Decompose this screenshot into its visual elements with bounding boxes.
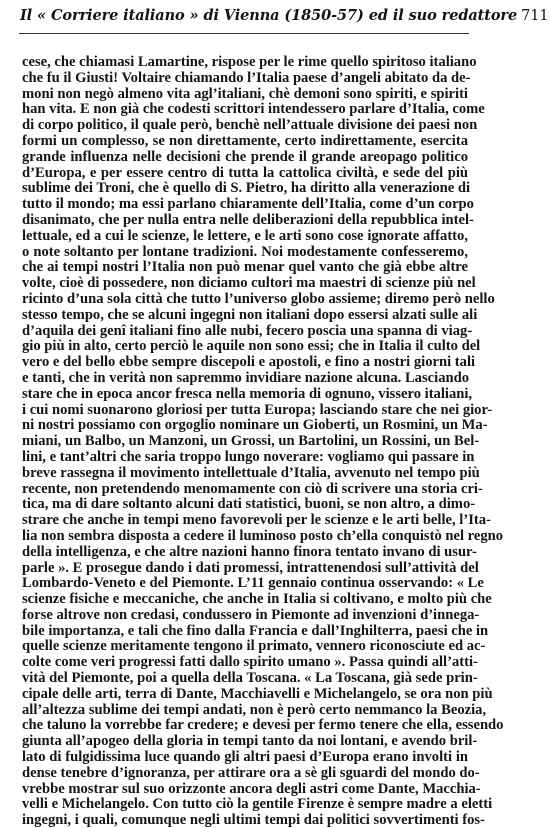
text-line: stare che in epoca ancor fresca nella me… — [22, 387, 468, 403]
text-line: bile importanza, e tali che fino dalla F… — [22, 624, 468, 640]
text-line: miani, un Balbo, un Manzoni, un Grossi, … — [22, 434, 468, 450]
text-line: grande influenza nelle decisioni che pre… — [22, 150, 468, 166]
text-line: scienze fisiche e meccaniche, che anche … — [22, 592, 468, 608]
text-line: d’aquila dei genî italiani fino alle nub… — [22, 324, 468, 340]
text-line: della intelligenza, e che altre nazioni … — [22, 545, 468, 561]
document-page: Il « Corriere italiano » di Vienna (1850… — [0, 0, 550, 828]
text-line: quelle scienze meritamente tengono il pr… — [22, 639, 468, 655]
text-line: gio più in alto, certo perciò le aquile … — [22, 339, 468, 355]
text-line: d’Europa, e per essere centro di tutta l… — [22, 166, 468, 182]
text-line: vero e del bello ebbe sempre discepoli e… — [22, 355, 468, 371]
header-rule — [19, 33, 469, 34]
text-line: ingegni, i quali, comunque negli ultimi … — [22, 813, 468, 828]
page-number: 711 — [521, 8, 548, 24]
text-line: lettuale, ed a cui le scienze, le letter… — [22, 229, 468, 245]
text-line: che taluno la vorrebbe far credere; e de… — [22, 718, 468, 734]
text-line: cipale delle arti, terra di Dante, Macch… — [22, 687, 468, 703]
text-line: vità del Piemonte, poi a quella della To… — [22, 671, 468, 687]
text-line: ricinto d’una sola città che tutto l’uni… — [22, 292, 468, 308]
text-line: disanimato, che per nulla entra nelle de… — [22, 213, 468, 229]
text-line: forse altrove non credasi, condussero in… — [22, 608, 468, 624]
body-text: cese, che chiamasi Lamartine, rispose pe… — [22, 55, 468, 828]
text-line: moni non negò almeno vita agl’italiani, … — [22, 87, 468, 103]
text-line: formi un complesso, se non direttamente,… — [22, 134, 468, 150]
text-line: all’altezza sublime dei tempi andati, no… — [22, 703, 468, 719]
text-line: volte, cioè di possedere, non diciamo cu… — [22, 276, 468, 292]
text-line: lini, e tant’altri che saria troppo lung… — [22, 450, 468, 466]
text-line: recente, non pretendendo menomamente con… — [22, 482, 468, 498]
text-line: vrebbe mostrar sul suo orizzonte ancora … — [22, 782, 468, 798]
text-line: stesso tempo, che se alcuni ingegni non … — [22, 308, 468, 324]
text-line: han vita. E non già che codesti scrittor… — [22, 102, 468, 118]
text-line: breve rassegna il movimento intellettual… — [22, 466, 468, 482]
text-line: parle ». E prosegue dando i dati promess… — [22, 561, 468, 577]
text-line: o note soltanto per lontane tradizioni. … — [22, 245, 468, 261]
running-title: Il « Corriere italiano » di Vienna (1850… — [20, 7, 517, 24]
text-line: Lombardo-Veneto e del Piemonte. L’11 gen… — [22, 576, 468, 592]
text-line: dense tenebre d’ignoranza, per attirare … — [22, 766, 468, 782]
text-line: ni nostri possiamo con orgoglio nominare… — [22, 418, 468, 434]
text-line: che fu il Giusti! Voltaire chiamando l’I… — [22, 71, 468, 87]
text-line: i cui nomi suonarono gloriosi per tutta … — [22, 403, 468, 419]
text-line: cese, che chiamasi Lamartine, rispose pe… — [22, 55, 468, 71]
text-line: velli e Michelangelo. Con tutto ciò la g… — [22, 797, 468, 813]
text-line: sublime dei Troni, che è quello di S. Pi… — [22, 181, 468, 197]
text-line: di corpo politico, il quale però, benchè… — [22, 118, 468, 134]
text-line: tutto il mondo; ma essi parlano chiarame… — [22, 197, 468, 213]
text-line: che ai tempi nostri l’Italia non può men… — [22, 260, 468, 276]
text-line: strare che anche in tempi meno favorevol… — [22, 513, 468, 529]
text-line: giunta all’apogeo della gloria in tempi … — [22, 734, 468, 750]
text-line: lia non sembra disposta a cedere il lumi… — [22, 529, 468, 545]
text-line: colte come veri progressi fatti dallo sp… — [22, 655, 468, 671]
text-line: tica, ma di dare soltanto alcuni dati st… — [22, 497, 468, 513]
text-line: e tanti, che in verità non sapremmo invi… — [22, 371, 468, 387]
running-header: Il « Corriere italiano » di Vienna (1850… — [20, 7, 469, 24]
text-line: lato di fulgidissima luce quando gli alt… — [22, 750, 468, 766]
